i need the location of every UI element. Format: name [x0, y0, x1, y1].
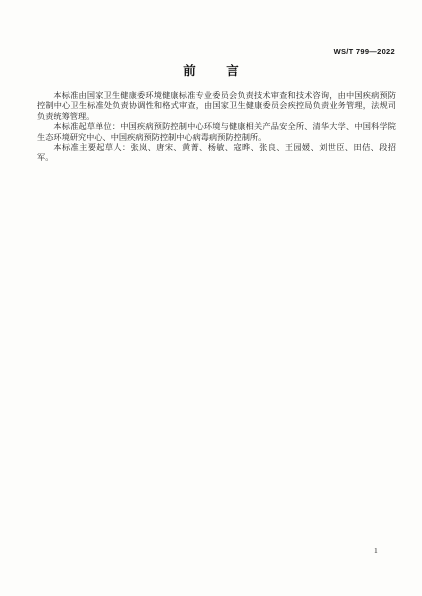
foreword-paragraph: 本标准起草单位：中国疾病预防控制中心环境与健康相关产品安全所、清华大学、中国科学…	[37, 121, 396, 142]
page-number: 1	[374, 546, 378, 555]
document-page: WS/T 799—2022 前 言 本标准由国家卫生健康委环境健康标准专业委员会…	[0, 0, 422, 596]
foreword-paragraph: 本标准主要起草人：张岚、唐宋、黄菁、杨敏、寇晔、张良、王园媛、刘世臣、田佶、段招…	[37, 142, 396, 163]
foreword-paragraph: 本标准由国家卫生健康委环境健康标准专业委员会负责技术审查和技术咨询，由中国疾病预…	[37, 90, 396, 121]
page-title: 前 言	[0, 61, 422, 79]
standard-code: WS/T 799—2022	[334, 47, 395, 56]
foreword-body: 本标准由国家卫生健康委环境健康标准专业委员会负责技术审查和技术咨询，由中国疾病预…	[37, 90, 396, 163]
